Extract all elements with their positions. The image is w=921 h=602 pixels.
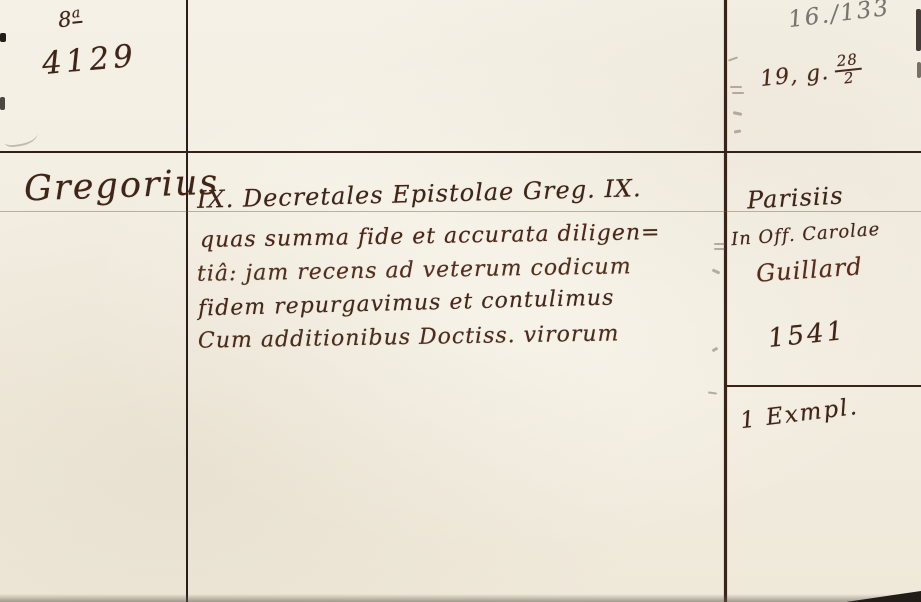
edge-speck: [0, 97, 5, 110]
vertical-rule-right: [724, 0, 727, 602]
pencil-mark: [714, 248, 725, 250]
format-size-note: 8a: [57, 5, 83, 32]
title-line: IX. Decretales Epistolae Greg. IX.: [197, 174, 642, 214]
title-line: tiâ: jam recens ad veterum codicum: [197, 254, 632, 287]
copy-note-signature: 1 Exmpl.: [739, 394, 860, 434]
vertical-rule-left: [186, 0, 188, 602]
call-number-fraction: 282: [833, 52, 863, 88]
edge-speck: [0, 33, 6, 42]
pencil-mark: [730, 86, 742, 88]
author-heading: Gregorius: [23, 163, 220, 210]
title-line: quas summa fide et accurata diligen=: [200, 220, 661, 253]
pencil-mark: [734, 129, 741, 133]
pencil-scribble: [3, 126, 39, 149]
pencil-mark: [732, 92, 744, 94]
fraction-denominator: 2: [835, 69, 864, 87]
imprint-year: 1541: [767, 316, 848, 354]
card-bottom-edge-shadow: [0, 594, 921, 602]
imprint-publisher-line1: In Off. Carolae: [730, 219, 881, 250]
edge-speck: [917, 62, 921, 78]
catalog-card: 8a 4129 16./133 19, g.282 Gregorius IX. …: [0, 0, 921, 602]
call-number-prefix: 19, g.: [759, 60, 830, 92]
pencil-mark: [714, 243, 725, 245]
title-line: Cum additionibus Doctiss. virorum: [198, 321, 620, 353]
edge-speck: [916, 9, 921, 51]
call-number: 19, g.282: [759, 52, 864, 96]
pencil-mark: [733, 111, 742, 116]
pencil-mark: [712, 268, 721, 274]
pencil-mark: [708, 391, 717, 394]
pencil-mark: [712, 347, 719, 353]
imprint-publisher-line2: Guillard: [755, 252, 864, 287]
shelf-number: 4129: [41, 38, 139, 82]
pencil-mark: [728, 56, 738, 61]
horizontal-rule-imprint: [727, 385, 921, 387]
pencil-folio-note: 16./133: [787, 0, 892, 33]
format-size-superscript: a: [71, 5, 82, 24]
imprint-place: Parisiis: [746, 181, 844, 214]
title-line: fidem repurgavimus et contulimus: [198, 286, 615, 322]
horizontal-rule-top: [0, 151, 921, 153]
